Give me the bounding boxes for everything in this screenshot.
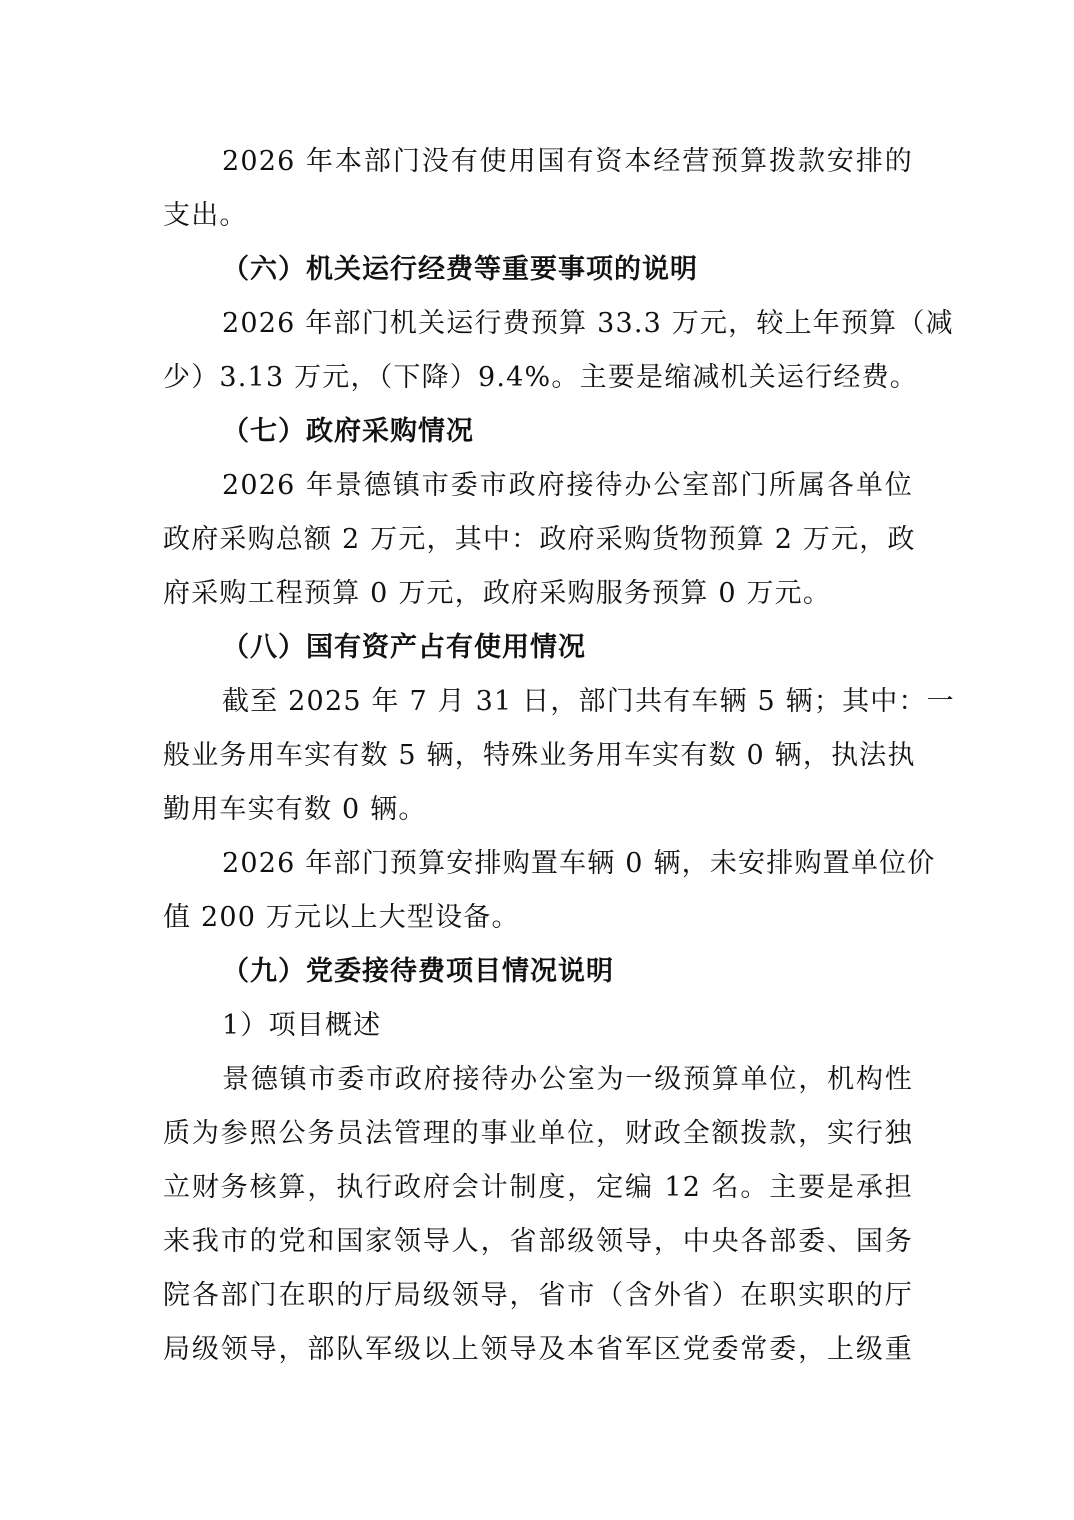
- paragraph-line: 立财务核算，执行政府会计制度，定编 12 名。主要是承担: [163, 1168, 913, 1208]
- document-page: 2026 年本部门没有使用国有资本经营预算拨款安排的 支出。 （六）机关运行经费…: [0, 0, 1074, 1520]
- paragraph-line: 2026 年部门机关运行费预算 33.3 万元，较上年预算（减: [222, 304, 913, 344]
- paragraph-line: 局级领导，部队军级以上领导及本省军区党委常委，上级重: [163, 1330, 913, 1370]
- paragraph-line: 值 200 万元以上大型设备。: [163, 898, 913, 938]
- section-heading-8: （八）国有资产占有使用情况: [222, 628, 586, 668]
- paragraph-line: 景德镇市委市政府接待办公室为一级预算单位，机构性: [222, 1060, 913, 1100]
- paragraph-line: 院各部门在职的厅局级领导，省市（含外省）在职实职的厅: [163, 1276, 913, 1316]
- paragraph-line: 2026 年本部门没有使用国有资本经营预算拨款安排的: [222, 142, 913, 182]
- paragraph-line: 政府采购总额 2 万元，其中：政府采购货物预算 2 万元，政: [163, 520, 913, 560]
- subsection-heading: 1）项目概述: [222, 1006, 913, 1046]
- paragraph-line: 2026 年景德镇市委市政府接待办公室部门所属各单位: [222, 466, 913, 506]
- paragraph-line: 2026 年部门预算安排购置车辆 0 辆，未安排购置单位价: [222, 844, 913, 884]
- paragraph-line: 来我市的党和国家领导人，省部级领导，中央各部委、国务: [163, 1222, 913, 1262]
- paragraph-line: 般业务用车实有数 5 辆，特殊业务用车实有数 0 辆，执法执: [163, 736, 913, 776]
- section-heading-9: （九）党委接待费项目情况说明: [222, 952, 614, 992]
- section-heading-7: （七）政府采购情况: [222, 412, 474, 452]
- paragraph-line: 府采购工程预算 0 万元，政府采购服务预算 0 万元。: [163, 574, 913, 614]
- paragraph-line: 质为参照公务员法管理的事业单位，财政全额拨款，实行独: [163, 1114, 913, 1154]
- paragraph-line: 少）3.13 万元，（下降）9.4%。主要是缩减机关运行经费。: [163, 358, 913, 398]
- section-heading-6: （六）机关运行经费等重要事项的说明: [222, 250, 698, 290]
- paragraph-line: 勤用车实有数 0 辆。: [163, 790, 913, 830]
- paragraph-line: 支出。: [163, 196, 913, 236]
- paragraph-line: 截至 2025 年 7 月 31 日，部门共有车辆 5 辆；其中：一: [222, 682, 913, 722]
